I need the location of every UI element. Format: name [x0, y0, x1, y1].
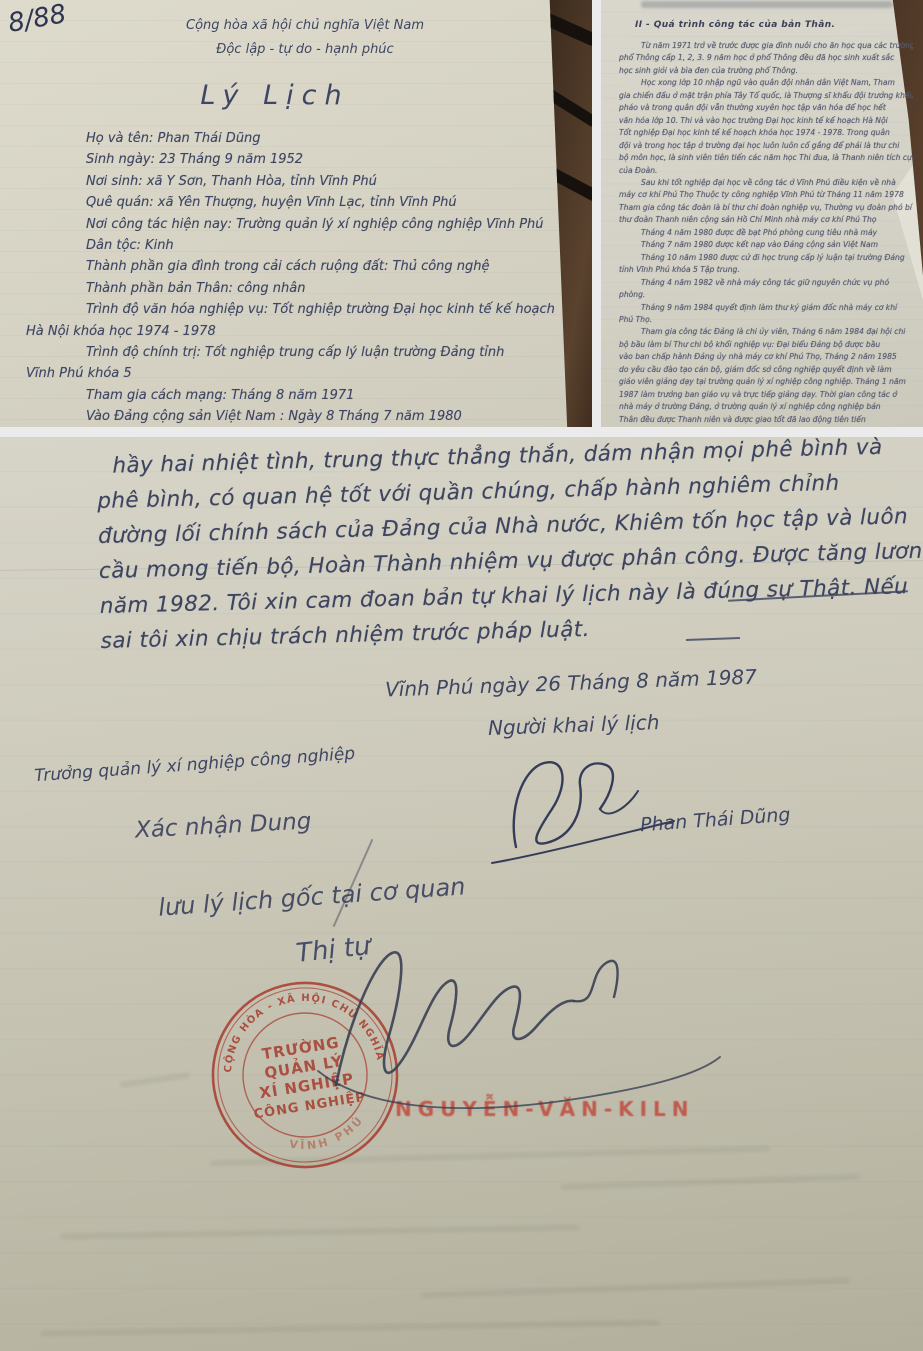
handwritten-line: Họ và tên: Phan Thái Dũng	[86, 128, 590, 149]
document-scan: 8/88 Cộng hòa xã hội chủ nghĩa Việt Nam …	[0, 0, 923, 1351]
national-motto-line1: Cộng hòa xã hội chủ nghĩa Việt Nam	[120, 14, 490, 38]
archive-number: 8/88	[6, 0, 69, 39]
page3-body: hầy hai nhiệt tình, trung thực thẳng thắ…	[96, 437, 916, 659]
handwritten-line: 1987 làm trưởng ban giáo vụ và trực tiếp…	[619, 389, 913, 401]
handwritten-line: phòng.	[619, 289, 913, 301]
handwritten-line: Hà Nội khóa học 1974 - 1978	[26, 321, 590, 342]
show-through-text	[120, 1072, 190, 1088]
handwritten-line: Tháng 4 năm 1982 về nhà máy công tác giữ…	[619, 277, 913, 289]
handwritten-line: Thân đều được Thanh niên và được giao tố…	[619, 414, 913, 426]
handwritten-line: Sau khi tốt nghiệp đại học về công tác ở…	[619, 177, 913, 189]
handwritten-line: Sinh ngày: 23 Tháng 9 năm 1952	[86, 149, 590, 170]
handwritten-line: Tháng 4 năm 1980 được đề bạt Phó phòng c…	[619, 227, 913, 239]
handwritten-line: Quê quán: xã Yên Thượng, huyện Vĩnh Lạc,…	[86, 192, 590, 213]
handwritten-line: pháo và trong quân đội vẫn thường xuyên …	[619, 102, 913, 114]
handwritten-line: nhà máy ở trường Đảng, ở trường quản lý …	[619, 401, 913, 413]
handwritten-line: Tham gia công tác đoàn là bí thư chi đoà…	[619, 202, 913, 214]
handwritten-line: Thành phần gia đình trong cải cách ruộng…	[86, 256, 590, 277]
page2-body: Từ năm 1971 trở về trước được gia đình n…	[619, 40, 913, 426]
handwritten-line: của Đoàn.	[619, 165, 913, 177]
handwritten-line: giáo viên giảng dạy tại trường quản lý x…	[619, 376, 913, 388]
signer-role: Người khai lý lịch	[488, 710, 660, 740]
handwritten-line: tỉnh Vĩnh Phú khóa 5 Tập trung.	[619, 264, 913, 276]
handwritten-line: Tháng 7 năm 1980 được kết nạp vào Đảng c…	[619, 239, 913, 251]
cropped-text-line	[641, 1, 893, 8]
handwritten-line: vào ban chấp hành Đảng ủy nhà máy cơ khí…	[619, 351, 913, 363]
handwritten-line: Trình độ chính trị: Tốt nghiệp trung cấp…	[86, 342, 590, 363]
handwritten-line: Vĩnh Phú khóa 5	[26, 363, 590, 384]
handwritten-line: bộ bầu làm bí Thư chi bộ khối nghiệp vụ:…	[619, 339, 913, 351]
cable-shape	[538, 10, 592, 46]
confirmation-line-2: lưu lý lịch gốc tại cơ quan	[157, 872, 466, 921]
handwritten-line: Từ năm 1971 trở về trước được gia đình n…	[619, 40, 913, 52]
handwritten-line: do yêu cầu đào tạo cán bộ, giám đốc sở c…	[619, 364, 913, 376]
handwritten-line: văn hóa lớp 10. Thi và vào học trường Đạ…	[619, 115, 913, 127]
show-through-text	[60, 1224, 580, 1239]
show-through-text	[40, 1320, 660, 1337]
national-motto-line2: Độc lập - tự do - hạnh phúc	[120, 38, 490, 62]
cable-shape	[543, 87, 592, 127]
confirmation-line-1: Xác nhận Dung	[134, 808, 312, 843]
handwritten-line: Phú Thọ.	[619, 314, 913, 326]
national-header: Cộng hòa xã hội chủ nghĩa Việt Nam Độc l…	[120, 14, 490, 62]
handwritten-line: Tham gia công tác Đảng là chi ủy viên, T…	[619, 326, 913, 338]
section-heading: II - Quá trình công tác của bản Thân.	[635, 20, 835, 30]
director-title: Trưởng quản lý xí nghiệp công nghiệp	[34, 744, 356, 786]
handwritten-line: thư đoàn Thanh niên cộng sản Hồ Chí Minh…	[619, 214, 913, 226]
handwritten-line: Nơi sinh: xã Y Sơn, Thanh Hòa, tỉnh Vĩnh…	[86, 171, 590, 192]
handwritten-line: Tháng 10 năm 1980 được cử đi học trung c…	[619, 252, 913, 264]
show-through-text	[420, 1277, 850, 1298]
page2-photo: II - Quá trình công tác của bản Thân. Từ…	[601, 0, 923, 427]
handwritten-line: Tham gia cách mạng: Tháng 8 năm 1971	[86, 385, 590, 406]
handwritten-line: phổ Thông cấp 1, 2, 3. 9 năm học ở phổ T…	[619, 52, 913, 64]
document-title: Lý Lịch	[175, 80, 375, 111]
page1-body: Họ và tên: Phan Thái DũngSinh ngày: 23 T…	[0, 128, 590, 427]
show-through-text	[560, 1174, 860, 1190]
handwritten-line: máy cơ khí Phú Thọ Thuộc ty công nghiệp …	[619, 189, 913, 201]
handwritten-line: Dân tộc: Kinh	[86, 235, 590, 256]
handwritten-line: Trình độ văn hóa nghiệp vụ: Tốt nghiệp t…	[86, 299, 590, 320]
handwritten-line: gia chiến đấu ở mặt trận phía Tây Tổ quố…	[619, 90, 913, 102]
handwritten-line: đội và trong học tập ở trường đại học lu…	[619, 140, 913, 152]
handwritten-line: Tháng 9 năm 1984 quyết định làm thư ký g…	[619, 302, 913, 314]
signature-director-scrawl	[288, 935, 728, 1125]
handwritten-line: Học xong lớp 10 nhập ngũ vào quân đội nh…	[619, 77, 913, 89]
handwritten-line: Thành phần bản Thân: công nhân	[86, 278, 590, 299]
handwritten-line: Nơi công tác hiện nay: Trường quản lý xí…	[86, 214, 590, 235]
page1-photo: 8/88 Cộng hòa xã hội chủ nghĩa Việt Nam …	[0, 0, 592, 427]
page3-photo: hầy hai nhiệt tình, trung thực thẳng thắ…	[0, 437, 923, 1351]
handwritten-line: bộ môn học, là sinh viên tiên tiến các n…	[619, 152, 913, 164]
handwritten-line: Vào Đảng cộng sản Việt Nam : Ngày 8 Thán…	[86, 406, 590, 427]
date-place-line: Vĩnh Phú ngày 26 Tháng 8 năm 1987	[385, 665, 758, 702]
handwritten-line: Tốt nghiệp Đại học kinh tế kế hoạch khóa…	[619, 127, 913, 139]
signature-dung	[488, 751, 678, 881]
handwritten-line: học sinh giỏi và bìa đen của trường phổ …	[619, 65, 913, 77]
